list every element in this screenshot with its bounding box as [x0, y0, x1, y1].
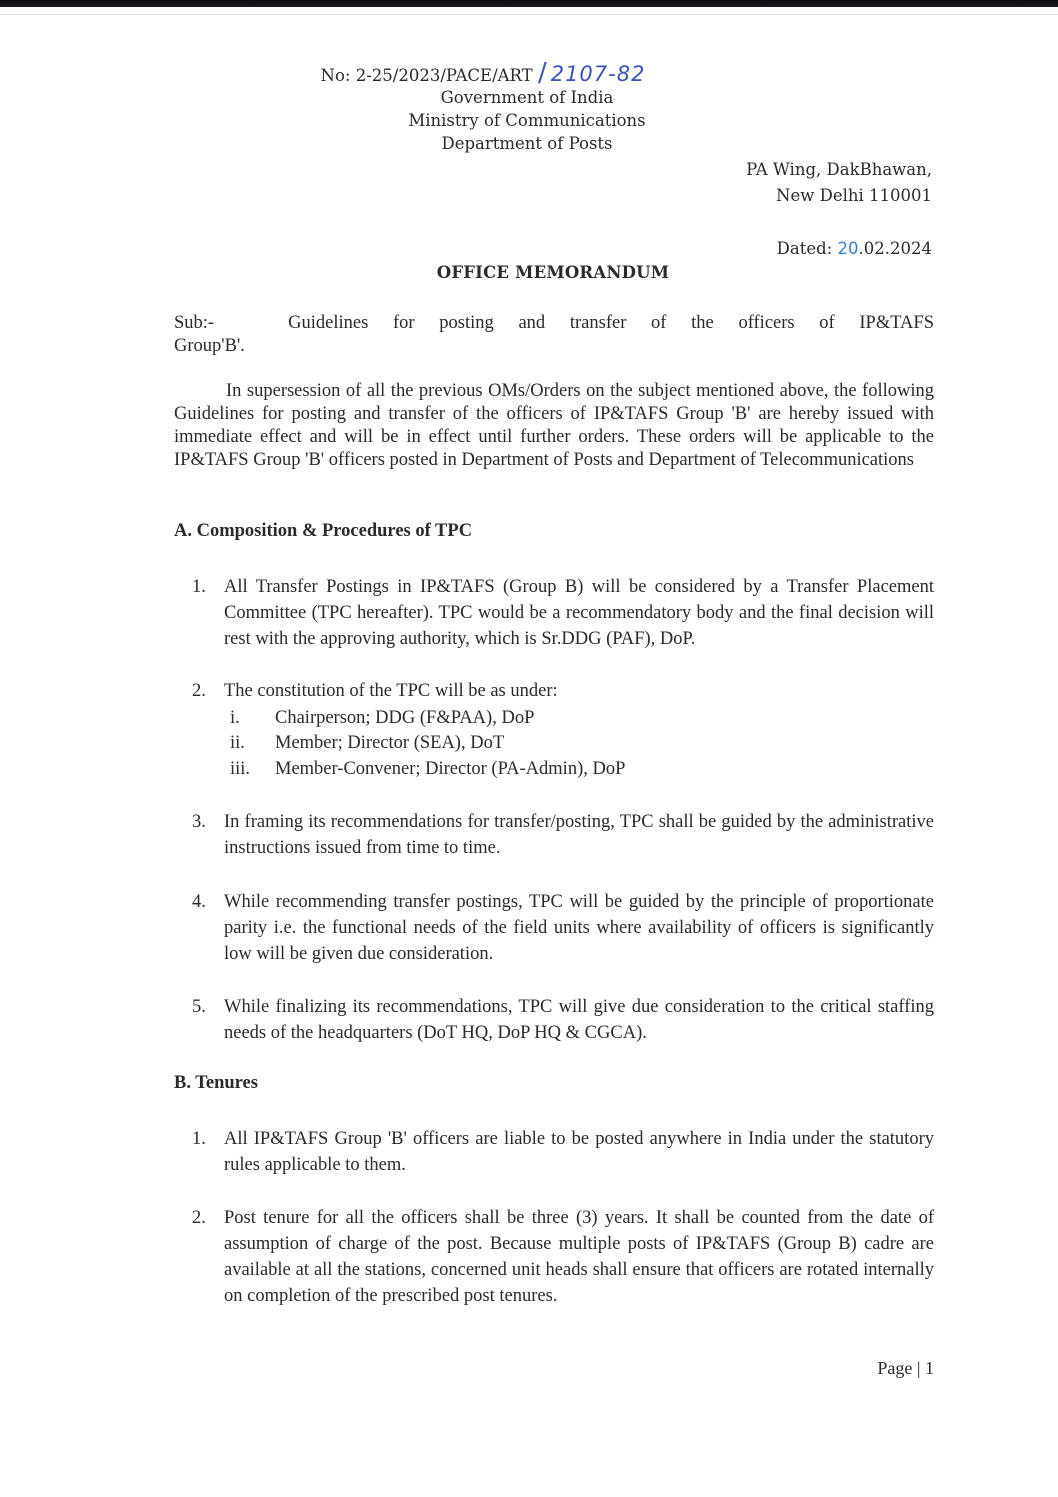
list-item: 1. All IP&TAFS Group 'B' officers are li…	[174, 1126, 934, 1178]
item-text: All IP&TAFS Group 'B' officers are liabl…	[224, 1126, 934, 1178]
subject-label: Sub:-	[174, 313, 214, 333]
constitution-text: Member; Director (SEA), DoT	[275, 731, 934, 755]
constitution-text: Member-Convener; Director (PA-Admin), Do…	[275, 757, 934, 781]
roman-number: iii.	[230, 757, 270, 781]
dated-line: Dated: 20.02.2024	[777, 237, 932, 260]
constitution-item: ii. Member; Director (SEA), DoT	[174, 731, 934, 755]
item-number: 1.	[192, 1126, 206, 1152]
address-line-1: PA Wing, DakBhawan,	[746, 158, 932, 181]
item-text: The constitution of the TPC will be as u…	[224, 678, 934, 704]
document-page: No: 2-25/2023/PACE/ART /2107-82 Governme…	[0, 0, 1058, 1497]
item-number: 3.	[192, 809, 206, 835]
item-text: While finalizing its recommendations, TP…	[224, 994, 934, 1046]
item-text: All Transfer Postings in IP&TAFS (Group …	[224, 574, 934, 652]
item-number: 5.	[192, 994, 206, 1020]
item-number: 2.	[192, 678, 206, 704]
list-item: 3. In framing its recommendations for tr…	[174, 809, 934, 861]
memorandum-title: OFFICE MEMORANDUM	[0, 263, 1058, 282]
list-item: 1. All Transfer Postings in IP&TAFS (Gro…	[174, 574, 934, 652]
handwritten-slash: /	[538, 58, 547, 88]
department-line: Department of Posts	[0, 132, 1056, 155]
constitution-item: i. Chairperson; DDG (F&PAA), DoP	[174, 706, 934, 730]
item-text: In framing its recommendations for trans…	[224, 809, 934, 861]
handwritten-number: 2107-82	[551, 62, 646, 86]
handwritten-day: 20	[838, 239, 859, 258]
list-item: 5. While finalizing its recommendations,…	[174, 994, 934, 1046]
item-number: 1.	[192, 574, 206, 600]
roman-number: ii.	[230, 731, 270, 755]
file-number: No: 2-25/2023/PACE/ART /2107-82	[0, 62, 1012, 87]
list-item: 4. While recommending transfer postings,…	[174, 889, 934, 967]
address-line-2: New Delhi 110001	[776, 184, 932, 207]
intro-paragraph: In supersession of all the previous OMs/…	[174, 380, 934, 472]
subject: Sub:- Guidelines for posting and transfe…	[174, 312, 934, 358]
government-line: Government of India	[0, 86, 1056, 109]
subject-text: Guidelines for posting and transfer of t…	[288, 313, 934, 333]
subject-line-1: Sub:- Guidelines for posting and transfe…	[174, 312, 934, 335]
constitution-item: iii. Member-Convener; Director (PA-Admin…	[174, 757, 934, 781]
subject-line-2: Group'B'.	[174, 336, 245, 356]
list-item: 2. The constitution of the TPC will be a…	[174, 678, 934, 704]
item-text: While recommending transfer postings, TP…	[224, 889, 934, 967]
section-a-heading: A. Composition & Procedures of TPC	[174, 521, 472, 542]
ministry-line: Ministry of Communications	[0, 109, 1056, 132]
list-item: 2. Post tenure for all the officers shal…	[174, 1205, 934, 1309]
section-b-heading: B. Tenures	[174, 1073, 258, 1094]
dated-rest: .02.2024	[859, 239, 932, 258]
item-text: Post tenure for all the officers shall b…	[224, 1205, 934, 1309]
roman-number: i.	[230, 706, 270, 730]
item-number: 2.	[192, 1205, 206, 1231]
page-number: Page | 1	[877, 1358, 934, 1379]
dated-label: Dated:	[777, 239, 833, 258]
constitution-text: Chairperson; DDG (F&PAA), DoP	[275, 706, 934, 730]
file-number-text: No: 2-25/2023/PACE/ART	[321, 66, 533, 85]
item-number: 4.	[192, 889, 206, 915]
